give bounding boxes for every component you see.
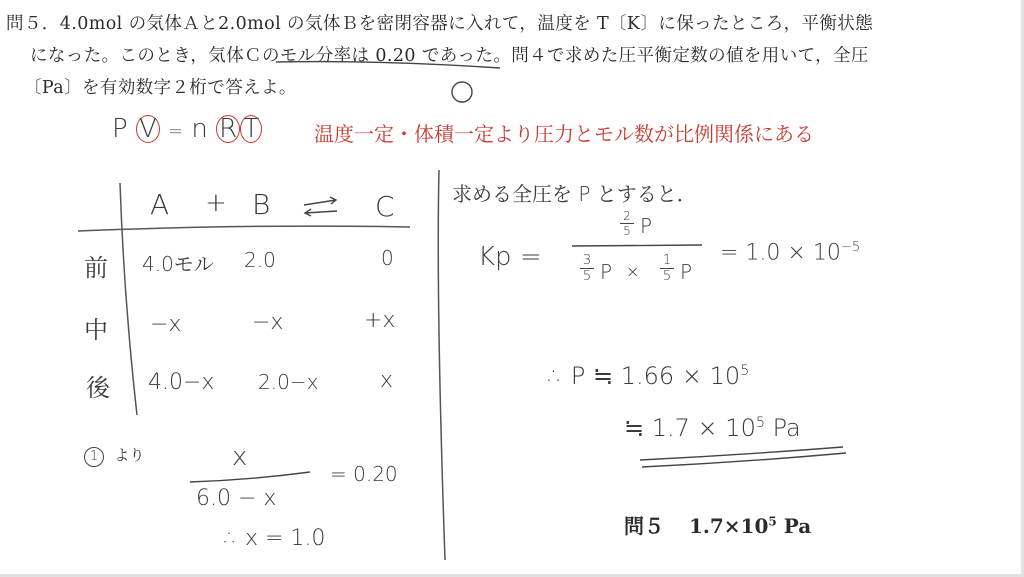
table-row-change-b: −x — [252, 310, 283, 335]
final-answer: 問５ 1.7×105 Pa — [624, 510, 811, 539]
final-answer-unit: Pa — [784, 514, 811, 538]
gas-law-equation: P V = n RT — [112, 114, 262, 144]
final-answer-label: 問５ — [624, 514, 664, 538]
table-row-after-c: x — [380, 368, 393, 393]
table-row-change-a: −x — [150, 312, 181, 337]
table-header-a: A — [150, 188, 169, 221]
kp-denom-left-top: 3 — [580, 254, 594, 267]
table-row-after-b: 2.0−x — [258, 370, 318, 394]
gas-law-equals: = — [168, 121, 183, 142]
lecture-slide: 問５．4.0mol の気体Ａと2.0mol の気体Ｂを密閉容器に入れて，温度を … — [0, 0, 1024, 577]
kp-denom-right-p: P — [680, 260, 692, 284]
kp-denom-right-coef: 1 5 — [660, 254, 674, 283]
kp-num-coef-bottom: 5 — [620, 225, 634, 237]
solution-line-2: ≒ 1.7 × 105 Pa — [624, 414, 801, 442]
gas-law-v-circled: V — [136, 115, 160, 143]
final-answer-exponent: 5 — [768, 514, 776, 528]
table-row-before-b: 2.0 — [244, 248, 276, 272]
yori-text: より — [114, 446, 144, 464]
gas-law-n: n — [191, 114, 207, 144]
table-row-before-c: 0 — [381, 246, 394, 270]
handwriting-strokes — [0, 0, 1021, 574]
kp-numerator-coef: 2 5 — [620, 210, 634, 237]
solution-line-2-exponent: 5 — [756, 415, 765, 431]
x-result: ∴ x = 1.0 — [224, 526, 325, 551]
gas-law-p: P — [112, 114, 128, 144]
final-answer-value: 1.7×10 — [689, 514, 768, 538]
kp-intro-text: 求める全圧を P とすると． — [452, 178, 697, 207]
table-row-before-a: 4.0モル — [142, 248, 214, 277]
kp-denom-left-bottom: 5 — [580, 270, 594, 283]
kp-denom-right-bottom: 5 — [660, 270, 674, 283]
table-header-b: B — [252, 188, 270, 221]
kp-denom-right-top: 1 — [660, 254, 674, 267]
solution-line-2-unit: Pa — [773, 414, 801, 442]
kp-numerator-p: P — [640, 214, 652, 238]
mole-fraction-reference: 1 より — [84, 444, 144, 467]
table-header-c: C — [375, 190, 395, 223]
table-row-change-c: +x — [364, 308, 395, 333]
gas-law-r-circled: R — [216, 115, 240, 143]
solution-line-2-value: ≒ 1.7 × 10 — [624, 414, 756, 442]
kp-times: × — [626, 262, 639, 281]
kp-value-mantissa: = 1.0 × 10 — [720, 240, 841, 265]
gas-law-t-circled: T — [240, 115, 262, 143]
fraction-denominator: 6.0 − x — [196, 486, 276, 511]
table-row-after-a: 4.0−x — [148, 370, 214, 395]
table-row-before-label: 前 — [84, 248, 108, 283]
kp-denom-left-coef: 3 5 — [580, 254, 594, 283]
kp-label: Kp = — [478, 242, 542, 272]
circled-one-marker: 1 — [84, 447, 104, 467]
table-row-change-label: 中 — [84, 310, 108, 345]
fraction-equals-value: = 0.20 — [330, 462, 398, 486]
kp-num-coef-top: 2 — [620, 210, 634, 222]
kp-value: = 1.0 × 10−5 — [720, 240, 860, 265]
red-annotation-note: 温度一定・体積一定より圧力とモル数が比例関係にある — [314, 118, 814, 147]
table-header-plus: + — [205, 188, 227, 218]
kp-value-exponent: −5 — [841, 240, 860, 255]
solution-line-1-value: ∴ P ≒ 1.66 × 10 — [548, 362, 740, 390]
kp-denom-left-p: P — [600, 260, 612, 284]
solution-line-1-exponent: 5 — [740, 363, 749, 379]
solution-line-1: ∴ P ≒ 1.66 × 105 — [548, 362, 749, 390]
fraction-numerator-x: x — [232, 442, 247, 472]
table-row-after-label: 後 — [86, 368, 110, 403]
